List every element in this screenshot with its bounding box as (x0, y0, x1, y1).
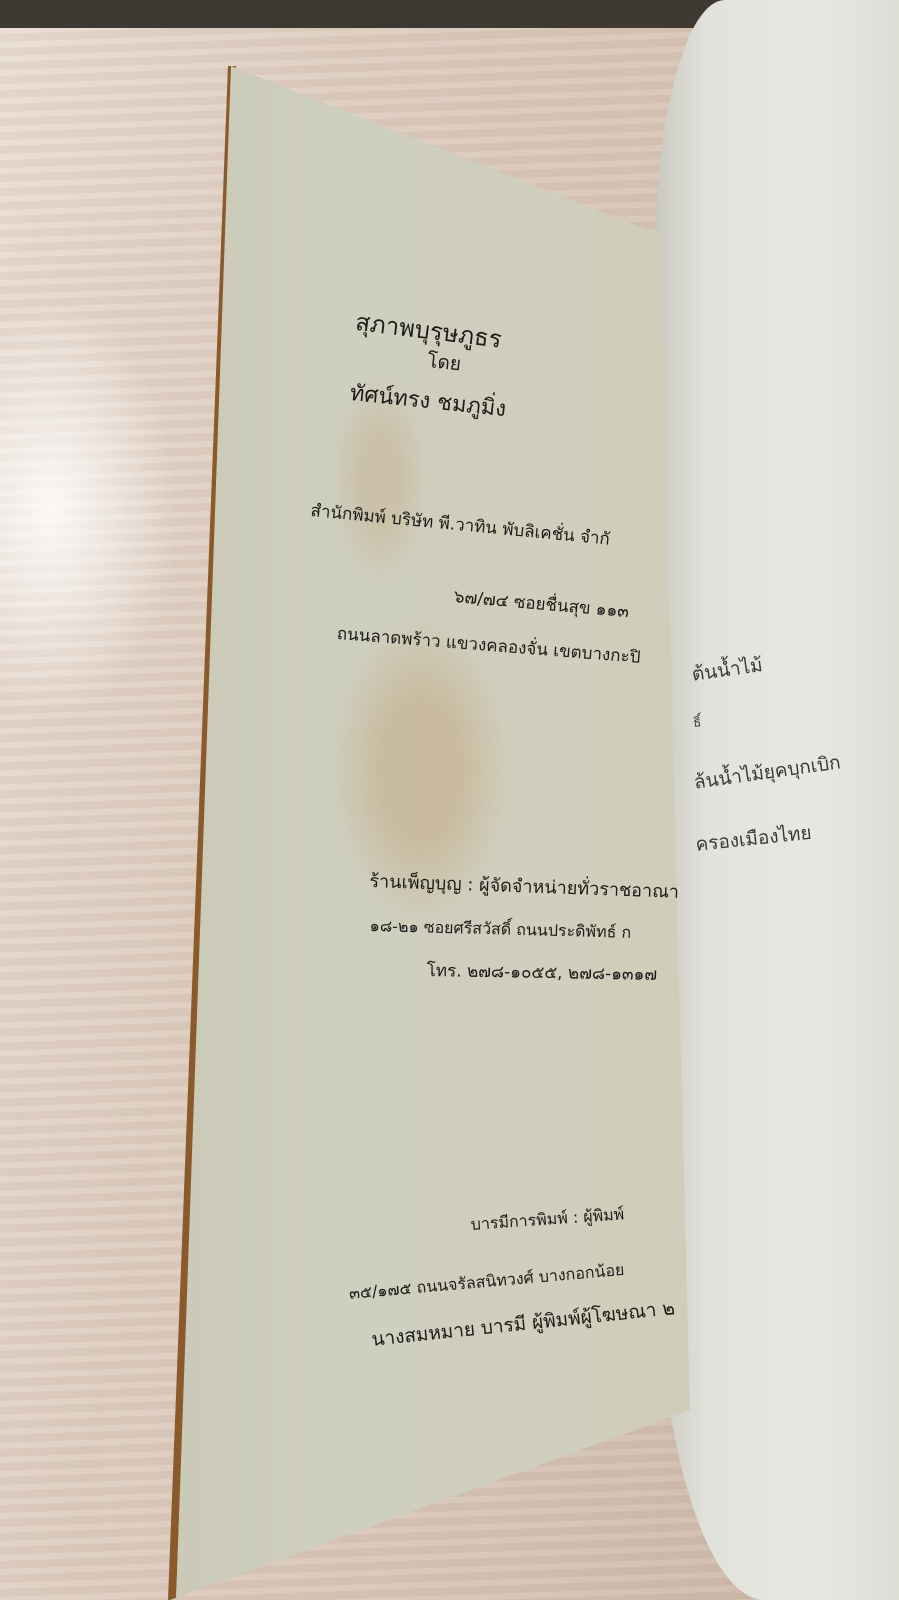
dark-strip (0, 0, 760, 28)
facing-page (655, 0, 899, 1600)
distributor-phone: โทร. ๒๗๘-๑๐๕๕, ๒๗๘-๑๓๑๗ (427, 957, 658, 988)
by-label: โดย (426, 346, 463, 379)
